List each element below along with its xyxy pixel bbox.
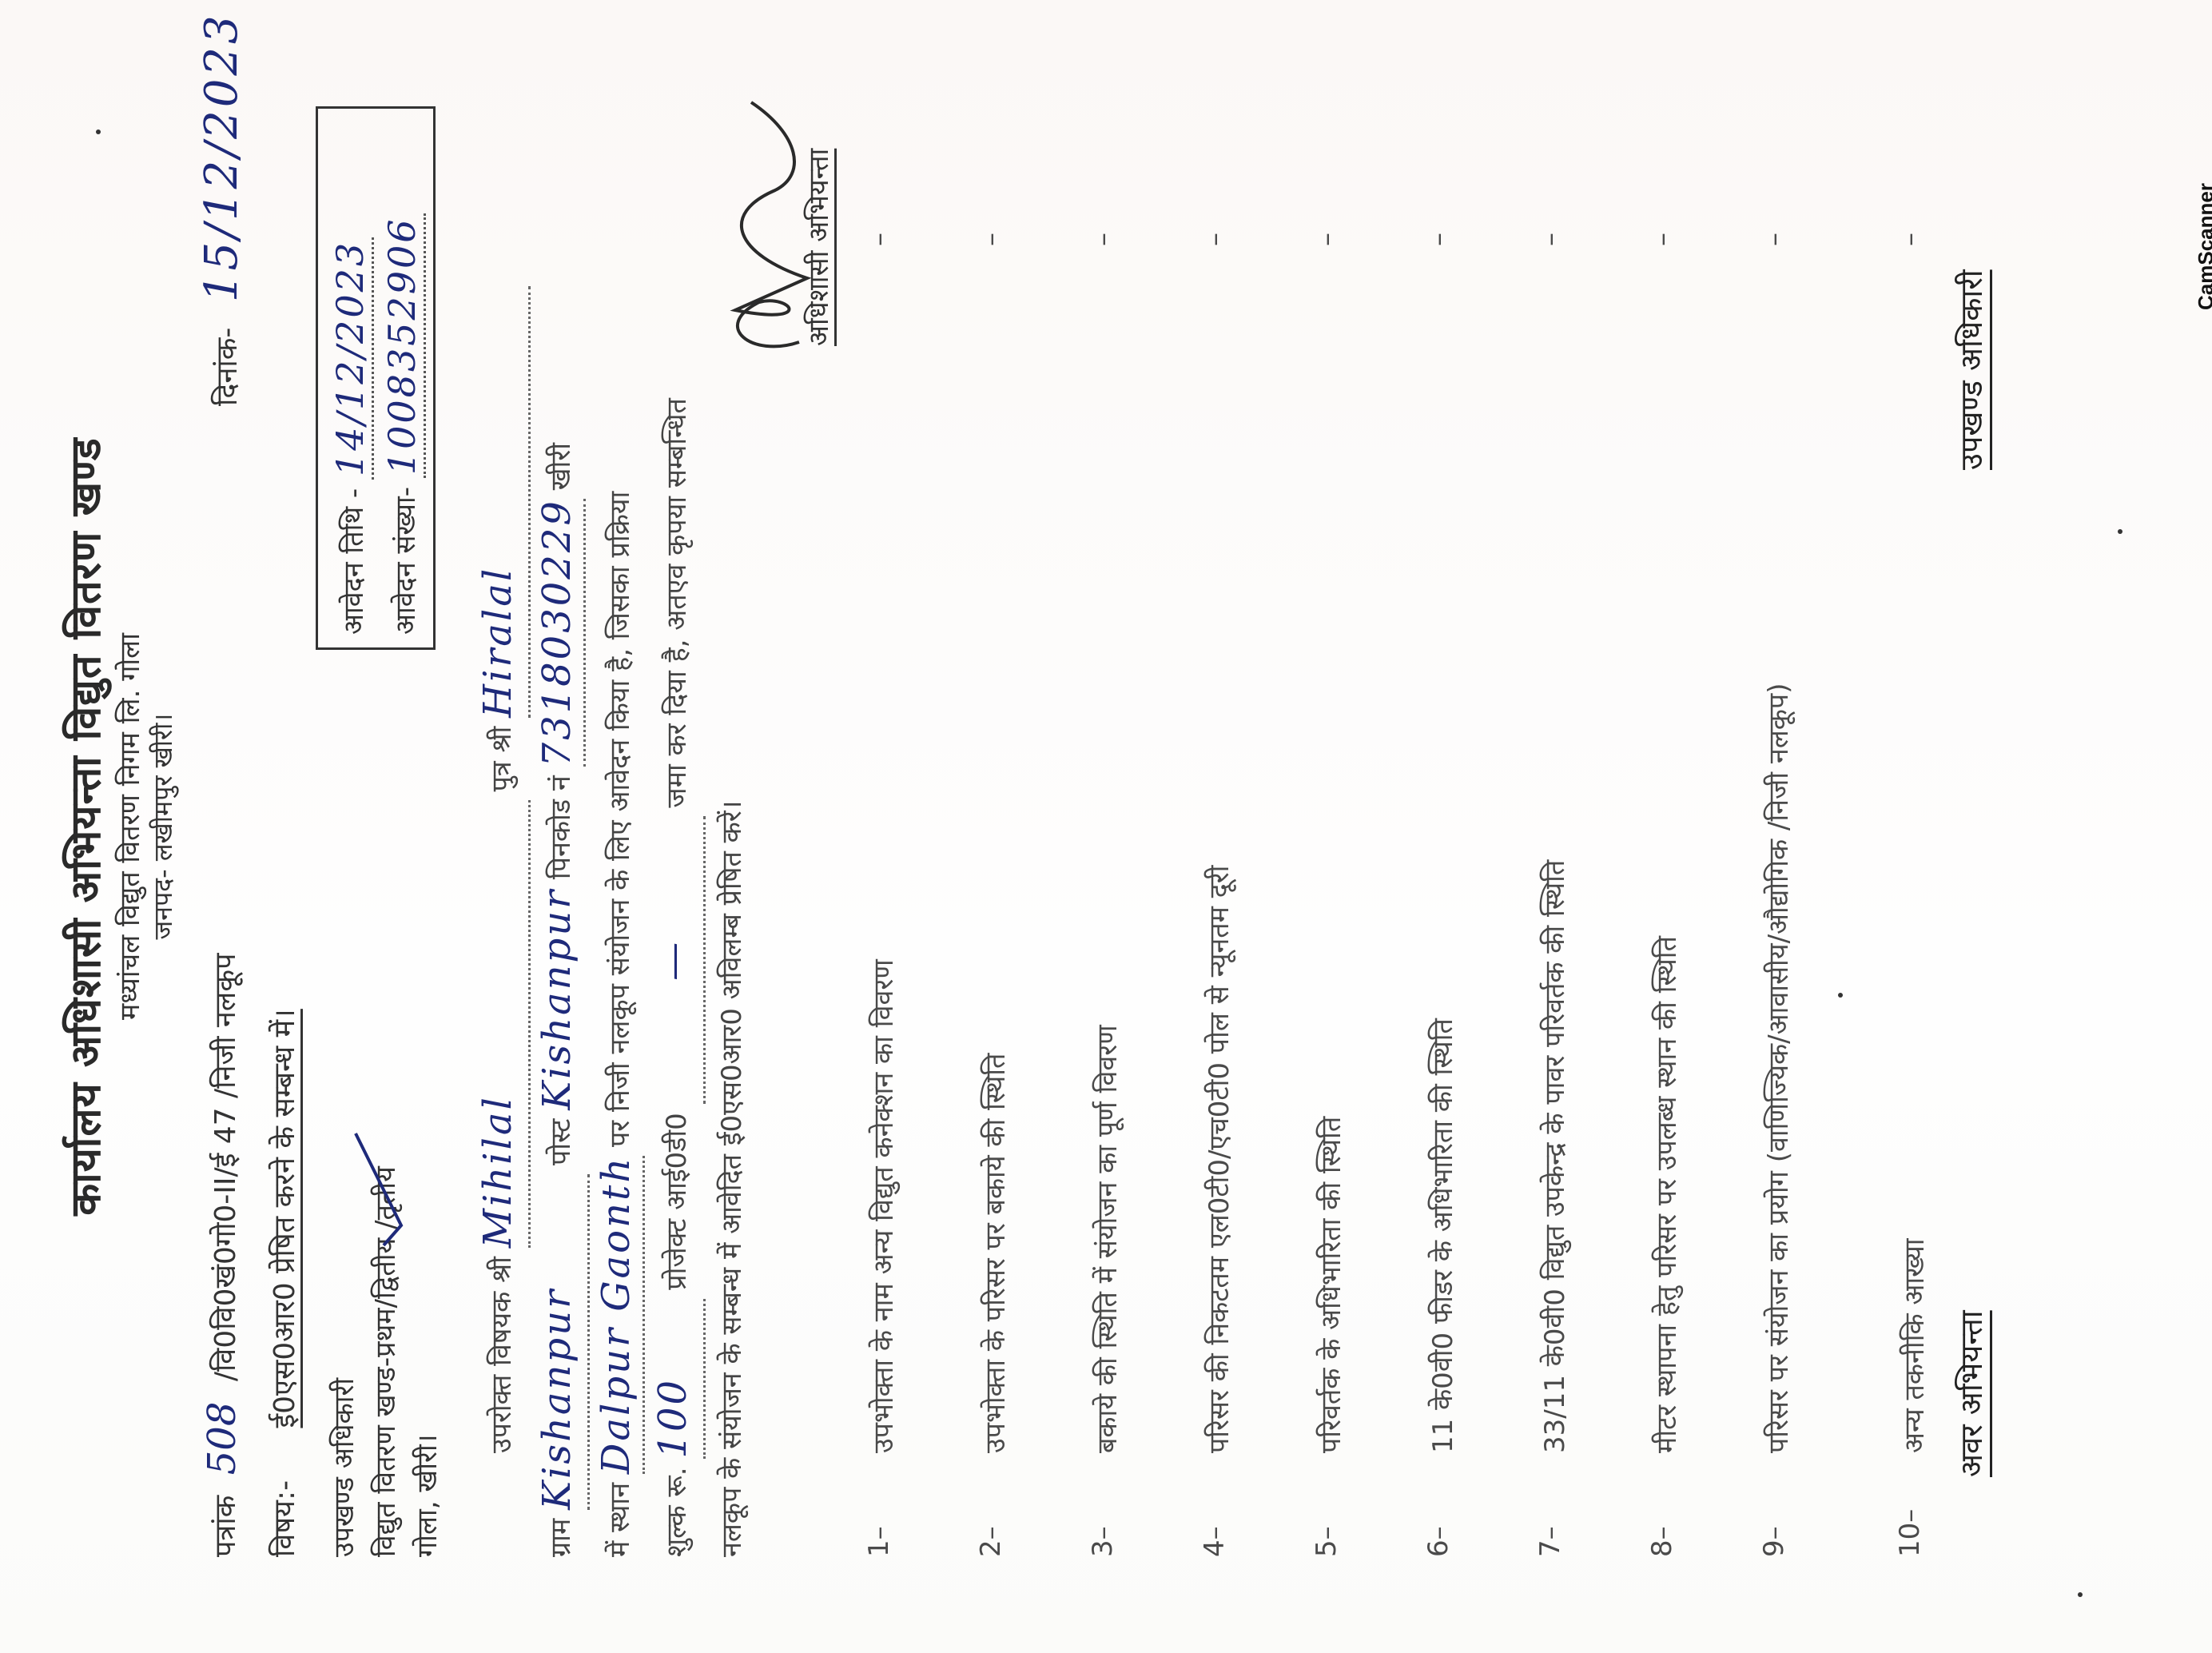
checklist-item: 1–उपभोक्ता के नाम अन्य विद्युत कनेक्शन क… [863,78,975,1557]
scanned-letter-page: कार्यालय अधिशासी अभियन्ता विद्युत वितरण … [0,0,2212,1653]
checklist-item-text: उपभोक्ता के नाम अन्य विद्युत कनेक्शन का … [863,254,905,1453]
application-date-row: आवेदन तिथि - 14/12/2023 [324,121,376,635]
date-line: दिनांक- 15/12/2023 [196,12,248,406]
post-name: Kishanpur [535,888,579,1110]
body-line-4: शुल्क रू. 100 प्रोजेक्ट आई0डी0 — जमा कर … [646,78,706,1557]
district-name: जनपद- लखीमपुर खीरी। [145,0,180,1653]
village-field: Kishanpur [531,1174,590,1510]
sdo-signature-label: उपखण्ड अधिकारी [1950,269,1991,470]
body-text: ग्राम [545,1519,577,1557]
checklist-item-value: – [1422,233,1454,246]
checklist-item: 2–उपभोक्ता के परिसर पर बकाये की स्थिति– [975,78,1087,1557]
date-value: 15/12/2023 [196,12,248,302]
reference-label: पत्रांक [209,1496,242,1557]
checklist-item-value: – [975,233,1007,246]
father-name-field: Hiralal [471,286,531,718]
fee-value: 100 [650,1378,695,1459]
checklist-item-text: परिवर्तक के अधिभारिता की स्थिति [1311,254,1352,1453]
checklist-item: 9–परिसर पर संयोजन का प्रयोग (वाणिज्यिक/आ… [1758,78,1894,1557]
application-date-label: आवेदन तिथि - [338,488,370,635]
checklist-item-text: मीटर स्थापना हेतु परिसर पर उपलब्ध स्थान … [1646,254,1688,1453]
checklist-item-text: बकाये की स्थिति में संयोजन का पूर्ण विवर… [1087,254,1128,1453]
scan-speck [96,129,101,134]
checklist-item-text: उपभोक्ता के परिसर पर बकाये की स्थिति [975,254,1016,1453]
addressee-line-3: गोला, खीरी। [407,1166,448,1557]
checklist-item-value: – [1199,233,1231,246]
subject-text: ई0एस0आर0 प्रेषित करने के सम्बन्ध में। [269,1009,301,1428]
subject-line: विषय:- ई0एस0आर0 प्रेषित करने के सम्बन्ध … [264,1009,303,1557]
checklist-item-number: 1– [863,1493,895,1557]
executive-engineer-designation: अधिशासी अभियन्ता [799,149,836,346]
checklist-item-text: 11 के0वी0 फीडर के अधिभारिता की स्थिति [1422,254,1464,1453]
project-id-field: — [646,816,706,1104]
body-text: पुत्र श्री [486,727,518,792]
reference-number: 508 [200,1402,245,1476]
checklist-item: 4–परिसर की निकटतम एल0टी0/एच0टी0 पोल से न… [1199,78,1311,1557]
reference-line: पत्रांक 508 /वि0वि0खं0गो0-II/ई 47 /निजी … [200,954,245,1557]
corporation-name: मध्यांचल विद्युत वितरण निगम लि. गोला [110,0,147,1653]
checklist-item-text: अन्य तकनीकि आख्या [1894,254,1935,1453]
checklist-item: 3–बकाये की स्थिति में संयोजन का पूर्ण वि… [1087,78,1199,1557]
checklist-item-number: 7– [1534,1493,1566,1557]
application-box: आवेदन तिथि - 14/12/2023 आवेदन संख्या- 10… [316,106,436,650]
scan-speck [1838,993,1843,998]
body-text: में स्थान [604,1483,636,1557]
application-number-value: 1008352906 [380,213,426,478]
checklist-item-number: 10– [1894,1493,1926,1557]
checklist-item-text: 33/11 के0वी0 विद्युत उपकेन्द्र के पावर प… [1534,254,1576,1453]
body-line-3: में स्थान Dalpur Gaonth पर निजी नलकूप सं… [590,78,646,1557]
checklist-item-number: 3– [1087,1493,1119,1557]
checklist-item-value: – [1087,233,1119,246]
body-text: शुल्क रू. [661,1467,693,1557]
subject-label: विषय:- [264,1437,303,1557]
checklist-item-text: परिसर पर संयोजन का प्रयोग (वाणिज्यिक/आवा… [1758,254,1800,1453]
checklist-item-number: 4– [1199,1493,1231,1557]
pincode-value: 7318030229 [531,499,586,767]
location-value: Dalpur Gaonth [590,1156,645,1474]
date-label: दिनांक- [211,328,244,406]
applicant-name: Mihilal [475,1095,520,1248]
scan-speck [2118,529,2122,534]
checkmark-icon [352,1129,408,1249]
camscanner-watermark: CamScanner [2194,183,2212,310]
application-number-label: आवेदन संख्या- [390,487,422,635]
scan-speck [2078,1592,2083,1597]
checklist-item: 7–33/11 के0वी0 विद्युत उपकेन्द्र के पावर… [1534,78,1646,1557]
checklist-item-value: – [1758,233,1790,246]
fee-field: 100 [646,1299,706,1459]
body-text: जमा कर दिया है, अतएव कृपया सम्बन्धित [661,398,693,807]
body-line-2: ग्राम Kishanpur पोस्ट Kishanpur पिनकोड न… [531,78,590,1557]
checklist-item-value: – [1534,233,1566,246]
checklist-item: 5–परिवर्तक के अधिभारिता की स्थिति– [1311,78,1422,1557]
application-number-row: आवेदन संख्या- 1008352906 [376,121,428,635]
applicant-name-field: Mihilal [471,800,531,1248]
checklist-item-value: – [1646,233,1678,246]
checklist-item-value: – [1894,233,1926,246]
body-text: खीरी [545,443,577,490]
checklist-item: 8–मीटर स्थापना हेतु परिसर पर उपलब्ध स्था… [1646,78,1758,1557]
body-text: पोस्ट [545,1119,577,1165]
father-name: Hiralal [475,567,520,718]
checklist-item-value: – [863,233,895,246]
checklist-item-text: परिसर की निकटतम एल0टी0/एच0टी0 पोल से न्य… [1199,254,1240,1453]
body-text: उपरोक्त विषयक श्री [486,1257,518,1453]
checklist-item-number: 8– [1646,1493,1678,1557]
checklist: 1–उपभोक्ता के नाम अन्य विद्युत कनेक्शन क… [863,78,2006,1557]
body-text: पर निजी नलकूप संयोजन के लिए आवेदन किया ह… [604,492,636,1147]
body-line-1: उपरोक्त विषयक श्री Mihilal पुत्र श्री Hi… [471,78,531,1557]
project-id-value: — [650,940,695,981]
office-title: कार्यालय अधिशासी अभियन्ता विद्युत वितरण … [56,0,113,1653]
checklist-item-number: 5– [1311,1493,1343,1557]
checklist-item-number: 9– [1758,1493,1790,1557]
body-text: पिनकोड नं [545,775,577,879]
reference-suffix: /वि0वि0खं0गो0-II/ई 47 /निजी नलकूप [209,954,242,1382]
application-date-value: 14/12/2023 [328,237,374,480]
checklist-item-value: – [1311,233,1343,246]
checklist-item-number: 2– [975,1493,1007,1557]
junior-engineer-signature-label: अवर अभियन्ता [1950,1310,1991,1477]
checklist-item-number: 6– [1422,1493,1454,1557]
body-text: प्रोजेक्ट आई0डी0 [661,1113,693,1290]
village-name: Kishanpur [535,1288,579,1510]
checklist-item: 6–11 के0वी0 फीडर के अधिभारिता की स्थिति– [1422,78,1534,1557]
